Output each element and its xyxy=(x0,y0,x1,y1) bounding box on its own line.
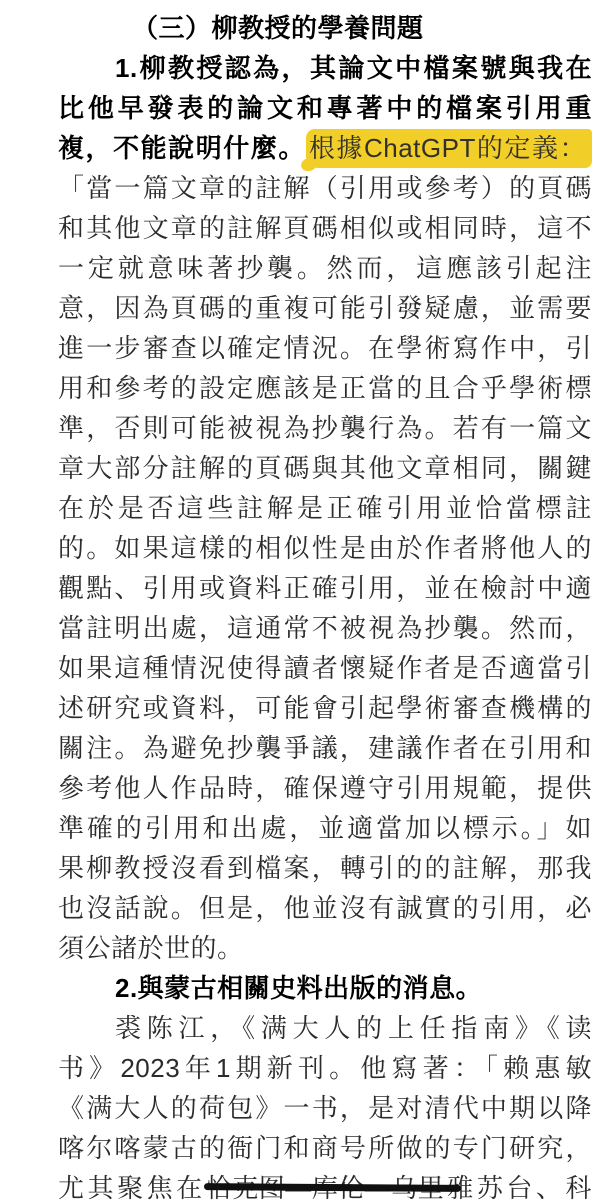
text-line: 果柳教授沒看到檔案，轉引的的註解，那我 xyxy=(58,848,592,888)
text-line: 如果這種情況使得讀者懷疑作者是否適當引 xyxy=(58,648,592,688)
text-line: 章大部分註解的頁碼與其他文章相同，關鍵 xyxy=(58,448,592,488)
text-segment: 用和參考的設定應該是正當的且合乎學術標 xyxy=(58,373,592,403)
document-body: （三）柳教授的學養問題1.柳教授認為，其論文中檔案號與我在比他早發表的論文和專著… xyxy=(0,0,613,1200)
text-line: 在於是否這些註解是正確引用並恰當標註 xyxy=(58,488,592,528)
text-line: 用和參考的設定應該是正當的且合乎學術標 xyxy=(58,368,592,408)
text-segment: 《满大人的荷包》一书，是对清代中期以降 xyxy=(58,1093,592,1123)
text-line: 2.與蒙古相關史料出版的消息。 xyxy=(58,968,592,1008)
text-segment: 準，否則可能被視為抄襲行為。若有一篇文 xyxy=(58,413,592,443)
text-line: 參考他人作品時，確保遵守引用規範，提供 xyxy=(58,768,592,808)
text-segment: 須公諸於世的。 xyxy=(58,933,244,963)
document-page: { "page": { "background_color": "#ffffff… xyxy=(0,0,613,1200)
text-segment: 關注。為避免抄襲爭議，建議作者在引用和 xyxy=(58,733,592,763)
text-line: 和其他文章的註解頁碼相似或相同時，這不 xyxy=(58,208,592,248)
struck-through-text: 恰克图—库伦—乌里 xyxy=(206,1168,445,1200)
text-segment: 裘陈江，《满大人的上任指南》《读 xyxy=(115,1013,592,1043)
text-line: 裘陈江，《满大人的上任指南》《读 xyxy=(58,1008,592,1048)
text-segment: 「當一篇文章的註解（引用或參考）的頁碼 xyxy=(58,173,592,203)
text-line: 準，否則可能被視為抄襲行為。若有一篇文 xyxy=(58,408,592,448)
text-line: 1.柳教授認為，其論文中檔案號與我在 xyxy=(58,48,592,88)
text-segment: 的。如果這樣的相似性是由於作者將他人的 xyxy=(58,533,592,563)
text-segment: 书》2023年1期新刊。他寫著：「赖惠敏 xyxy=(58,1053,592,1083)
bold-text-segment: 比他早發表的論文和專著中的檔案引用重 xyxy=(58,93,592,123)
bold-text-segment: （三）柳教授的學養問題 xyxy=(132,13,424,43)
text-segment: 準確的引用和出處，並適當加以標示。」如 xyxy=(58,813,592,843)
text-line: 尤其聚焦在恰克图—库伦—乌里雅苏台、科 xyxy=(58,1168,592,1200)
text-segment: 章大部分註解的頁碼與其他文章相同，關鍵 xyxy=(58,453,592,483)
text-segment: 如果這種情況使得讀者懷疑作者是否適當引 xyxy=(58,653,592,683)
text-segment: 也沒話說。但是，他並沒有誠實的引用，必 xyxy=(58,893,592,923)
text-line: 也沒話說。但是，他並沒有誠實的引用，必 xyxy=(58,888,592,928)
text-segment: 當註明出處，這通常不被視為抄襲。然而， xyxy=(58,613,592,643)
text-line: 比他早發表的論文和專著中的檔案引用重 xyxy=(58,88,592,128)
text-segment: 一定就意味著抄襲。然而，這應該引起注 xyxy=(58,253,592,283)
text-segment: 參考他人作品時，確保遵守引用規範，提供 xyxy=(58,773,592,803)
text-segment: 喀尔喀蒙古的衙门和商号所做的专门研究， xyxy=(58,1133,592,1163)
text-line: 《满大人的荷包》一书，是对清代中期以降 xyxy=(58,1088,592,1128)
text-line: 喀尔喀蒙古的衙门和商号所做的专门研究， xyxy=(58,1128,592,1168)
text-line: 「當一篇文章的註解（引用或參考）的頁碼 xyxy=(58,168,592,208)
text-line: 一定就意味著抄襲。然而，這應該引起注 xyxy=(58,248,592,288)
text-line: 述研究或資料，可能會引起學術審查機構的 xyxy=(58,688,592,728)
text-segment: 意，因為頁碼的重複可能引發疑慮，並需要 xyxy=(58,293,592,323)
text-line: 關注。為避免抄襲爭議，建議作者在引用和 xyxy=(58,728,592,768)
bold-text-segment: 1.柳教授認為，其論文中檔案號與我在 xyxy=(115,53,592,83)
text-line: 當註明出處，這通常不被視為抄襲。然而， xyxy=(58,608,592,648)
highlighted-text: 根據ChatGPT的定義： xyxy=(306,129,592,168)
text-line: 須公諸於世的。 xyxy=(58,928,592,968)
bold-text-segment: 複，不能說明什麼。 xyxy=(58,133,306,163)
text-line: 準確的引用和出處，並適當加以標示。」如 xyxy=(58,808,592,848)
text-line: 的。如果這樣的相似性是由於作者將他人的 xyxy=(58,528,592,568)
text-segment: 述研究或資料，可能會引起學術審查機構的 xyxy=(58,693,592,723)
text-segment: 雅苏台、科 xyxy=(444,1173,592,1200)
text-line: 觀點、引用或資料正確引用，並在檢討中適 xyxy=(58,568,592,608)
text-segment: 和其他文章的註解頁碼相似或相同時，這不 xyxy=(58,213,592,243)
text-segment: 尤其聚焦在 xyxy=(58,1173,206,1200)
text-segment: 進一步審查以確定情況。在學術寫作中，引 xyxy=(58,333,592,363)
section-heading-line: （三）柳教授的學養問題 xyxy=(58,8,592,48)
text-line: 複，不能說明什麼。根據ChatGPT的定義： xyxy=(58,128,592,168)
text-line: 進一步審查以確定情況。在學術寫作中，引 xyxy=(58,328,592,368)
bold-text-segment: 2.與蒙古相關史料出版的消息。 xyxy=(115,973,482,1003)
text-segment: 在於是否這些註解是正確引用並恰當標註 xyxy=(58,493,592,523)
text-segment: 果柳教授沒看到檔案，轉引的的註解，那我 xyxy=(58,853,592,883)
text-segment: 觀點、引用或資料正確引用，並在檢討中適 xyxy=(58,573,592,603)
text-line: 书》2023年1期新刊。他寫著：「赖惠敏 xyxy=(58,1048,592,1088)
text-line: 意，因為頁碼的重複可能引發疑慮，並需要 xyxy=(58,288,592,328)
